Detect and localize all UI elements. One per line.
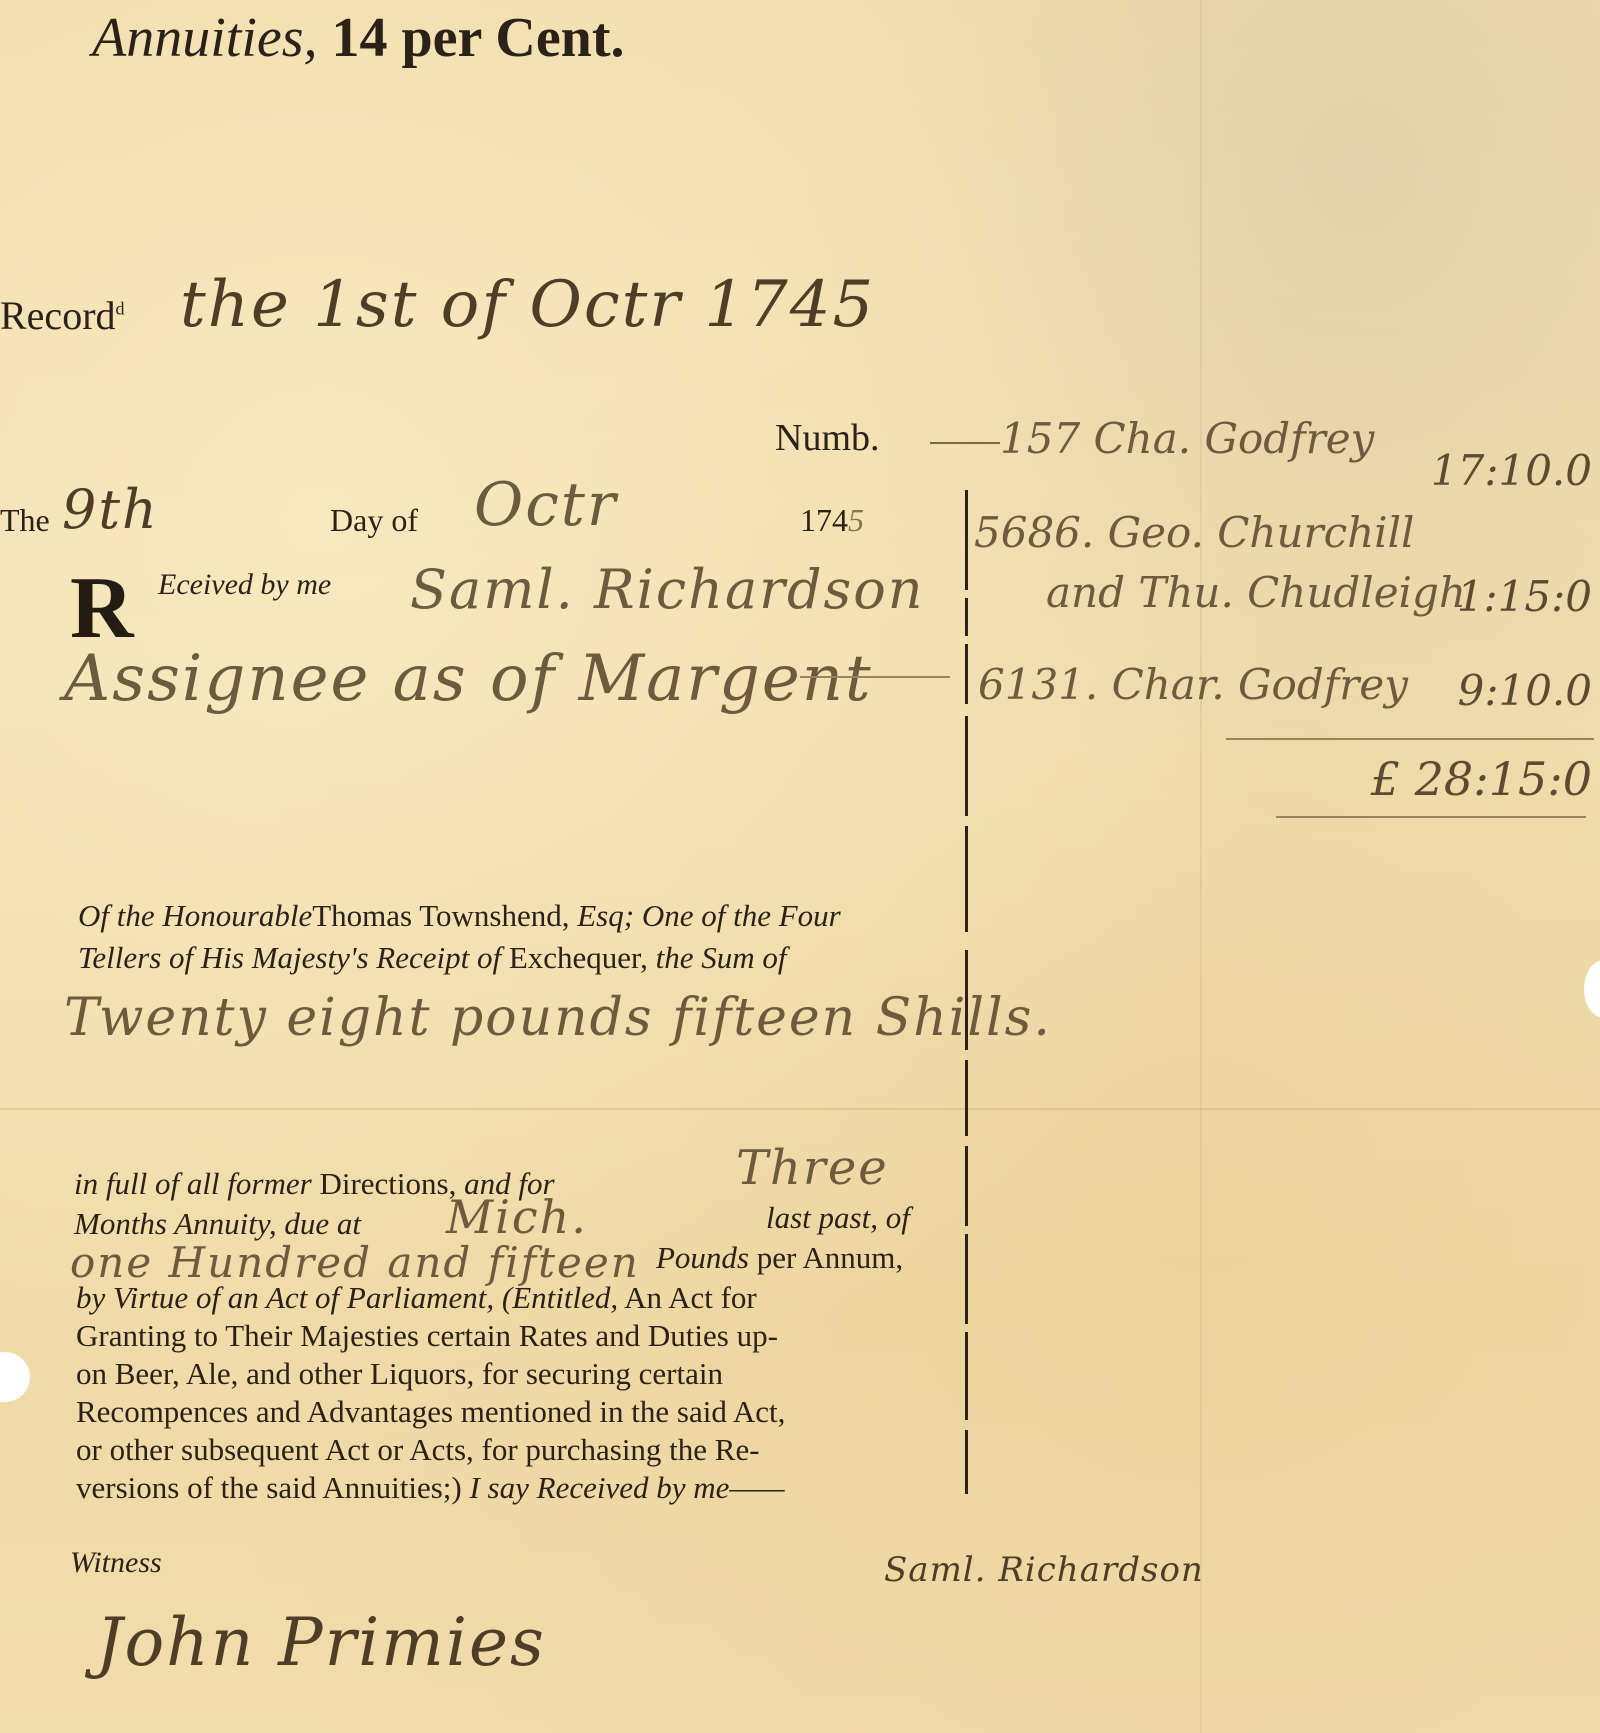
ledger-number: 157 <box>1000 414 1080 463</box>
vertical-rule <box>965 1332 968 1420</box>
day-of-label: Day of <box>330 502 418 539</box>
ledger-number: 6131. <box>978 660 1098 709</box>
ledger-row: and Thu. Chudleigh <box>1046 568 1466 617</box>
ledger-total-underline <box>1276 816 1586 818</box>
body-line-7: Granting to Their Majesties certain Rate… <box>76 1318 778 1354</box>
payee-signature: Saml. Richardson <box>884 1550 1204 1590</box>
body-line-1: Of the HonourableThomas Townshend, Esq; … <box>78 898 841 934</box>
vertical-rule <box>965 1430 968 1494</box>
body-line-4-end: last past, of <box>766 1200 910 1236</box>
body-line-10: or other subsequent Act or Acts, for pur… <box>76 1432 760 1468</box>
vertical-rule <box>965 598 968 636</box>
body-line-6: by Virtue of an Act of Parliament, (Enti… <box>76 1280 757 1316</box>
body-line-5-end: Pounds per Annum, <box>656 1240 903 1276</box>
month-handwritten: Octr <box>474 470 618 540</box>
body-line-9: Recompences and Advantages mentioned in … <box>76 1394 785 1430</box>
body-line-4: Months Annuity, due at <box>74 1206 361 1242</box>
vertical-rule <box>965 1234 968 1324</box>
record-label: Recordd <box>0 292 125 339</box>
vertical-rule <box>965 716 968 816</box>
document-title: Annuities, 14 per Cent. <box>92 6 624 70</box>
dropcap-r: R <box>70 565 134 653</box>
vertical-rule <box>965 1146 968 1226</box>
due-handwritten: Mich. <box>446 1190 588 1244</box>
title-annuities: Annuities, <box>92 7 318 69</box>
ledger-row: 6131. Char. Godfrey <box>978 660 1408 709</box>
months-handwritten: Three <box>736 1140 889 1196</box>
vertical-rule <box>965 490 968 590</box>
number-label: Numb. <box>775 416 880 460</box>
body-line-11: versions of the said Annuities;) I say R… <box>76 1470 785 1506</box>
ledger-name: Char. Godfrey <box>1112 660 1408 709</box>
sum-handwritten: Twenty eight pounds fifteen Shills. <box>64 988 1052 1048</box>
witness-signature: John Primies <box>96 1604 546 1681</box>
ledger-number: 5686. <box>974 508 1094 557</box>
ledger-amount: 17:10.0 <box>1431 446 1592 495</box>
vertical-rule <box>965 644 968 704</box>
assignee-fill-line <box>800 676 950 678</box>
title-rate: 14 per Cent. <box>332 7 625 69</box>
paper-fold-horizontal <box>0 1108 1600 1110</box>
ledger-row: 157 Cha. Godfrey <box>1000 414 1374 463</box>
assignee-handwritten: Assignee as of Margent <box>64 642 873 716</box>
ledger-name: Cha. Godfrey <box>1094 414 1375 463</box>
vertical-rule <box>965 1060 968 1136</box>
paper-fold-vertical <box>1200 0 1202 1733</box>
ledger-amount: 9:10.0 <box>1458 666 1592 715</box>
ledger-amount: 1:15:0 <box>1457 572 1592 621</box>
ledger-total: £ 28:15:0 <box>1371 752 1592 806</box>
vertical-rule <box>965 826 968 932</box>
ledger-sum-rule <box>1226 738 1594 740</box>
record-date-handwritten: the 1st of Octr 1745 <box>180 268 875 342</box>
received-by-printed: Eceived by me <box>158 568 331 602</box>
ledger-name: and Thu. Chudleigh <box>1046 568 1466 617</box>
ledger-row: 5686. Geo. Churchill <box>974 508 1414 557</box>
document-page: Annuities, 14 per Cent. Recordd the 1st … <box>0 0 1600 1733</box>
ledger-name: Geo. Churchill <box>1108 508 1415 557</box>
received-name-handwritten: Saml. Richardson <box>410 558 925 621</box>
paper-hole-right <box>1584 960 1600 1018</box>
day-handwritten: 9th <box>62 478 159 541</box>
paper-hole-left <box>0 1352 30 1402</box>
body-line-8: on Beer, Ale, and other Liquors, for sec… <box>76 1356 723 1392</box>
year-printed: 1745 <box>800 502 864 539</box>
body-line-2: Tellers of His Majesty's Receipt of Exch… <box>78 940 787 976</box>
date-prefix: The <box>0 502 50 539</box>
number-dash <box>930 442 1000 444</box>
witness-label: Witness <box>70 1546 162 1580</box>
